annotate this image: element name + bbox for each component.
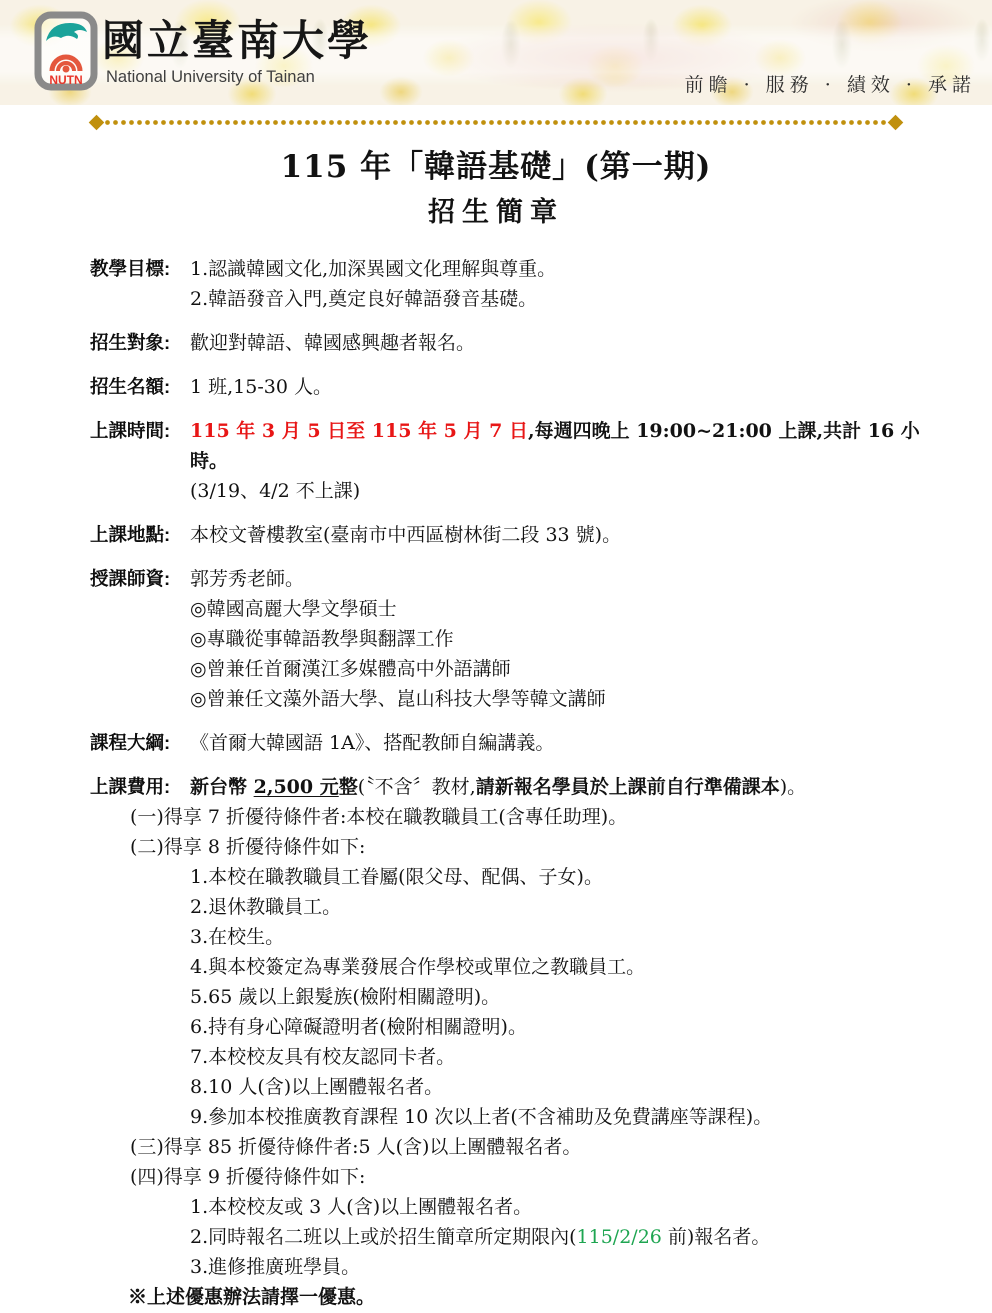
text-segment: 2,500 元 bbox=[254, 776, 339, 798]
doc-line-row: (四)得享 9 折優待條件如下: bbox=[90, 1162, 946, 1192]
section-label: 課程大綱: bbox=[90, 728, 190, 758]
section-label: 上課時間: bbox=[90, 416, 190, 446]
line-content: 新台幣 2,500 元整(〝不含〞教材,請新報名學員於上課前自行準備課本)。 bbox=[190, 772, 946, 802]
document-title: 115 年「韓語基礎」(第一期) bbox=[0, 142, 992, 192]
diamond-ornament-icon bbox=[888, 115, 904, 131]
text-segment: (3/19、4/2 不上課) bbox=[190, 480, 360, 502]
line-content: (二)得享 8 折優待條件如下: bbox=[130, 832, 946, 862]
line-content: (四)得享 9 折優待條件如下: bbox=[130, 1162, 946, 1192]
dotted-line bbox=[105, 120, 887, 125]
text-segment: 整 bbox=[339, 776, 358, 798]
line-content: 《首爾大韓國語 1A》、搭配教師自編講義。 bbox=[190, 728, 946, 758]
doc-line-row: (3/19、4/2 不上課) bbox=[90, 476, 946, 506]
text-segment: (四)得享 9 折優待條件如下: bbox=[130, 1166, 365, 1188]
text-segment: 7.本校校友具有校友認同卡者。 bbox=[190, 1046, 455, 1068]
line-content: ◎曾兼任首爾漢江多媒體高中外語講師 bbox=[190, 654, 946, 684]
text-segment: 1.認識韓國文化,加深異國文化理解與尊重。 bbox=[190, 258, 556, 280]
diamond-ornament-icon bbox=[89, 115, 105, 131]
line-content: 6.持有身心障礙證明者(檢附相關證明)。 bbox=[190, 1012, 946, 1042]
text-segment: 1.本校在職教職員工眷屬(限父母、配偶、子女)。 bbox=[190, 866, 603, 888]
line-content: 2.退休教職員工。 bbox=[190, 892, 946, 922]
university-name-en: National University of Tainan bbox=[106, 68, 315, 87]
section-label: 招生名額: bbox=[90, 372, 190, 402]
text-segment: ◎曾兼任文藻外語大學、崑山科技大學等韓文講師 bbox=[190, 688, 606, 710]
text-segment: 《首爾大韓國語 1A》、搭配教師自編講義。 bbox=[190, 732, 554, 754]
line-content: (一)得享 7 折優待條件者:本校在職教職員工(含專任助理)。 bbox=[130, 802, 946, 832]
text-segment: ◎曾兼任首爾漢江多媒體高中外語講師 bbox=[190, 658, 511, 680]
text-segment: ◎韓國高麗大學文學碩士 bbox=[190, 598, 397, 620]
section-label: 教學目標: bbox=[90, 254, 190, 284]
line-content: 8.10 人(含)以上團體報名者。 bbox=[190, 1072, 946, 1102]
text-segment: 2.同時報名二班以上或於招生簡章所定期限內( bbox=[190, 1226, 577, 1248]
header-banner: NUTN 國立臺南大學 National University of Taina… bbox=[0, 0, 992, 105]
doc-line-row: ◎專職從事韓語教學與翻譯工作 bbox=[90, 624, 946, 654]
doc-section-row: 課程大綱:《首爾大韓國語 1A》、搭配教師自編講義。 bbox=[90, 728, 946, 758]
text-segment: 4.與本校簽定為專業發展合作學校或單位之教職員工。 bbox=[190, 956, 645, 978]
text-segment: 9.參加本校推廣教育課程 10 次以上者(不含補助及免費講座等課程)。 bbox=[190, 1106, 772, 1128]
dotted-divider bbox=[95, 117, 897, 128]
text-segment: 1 班,15-30 人。 bbox=[190, 376, 332, 398]
doc-line-row: 3.在校生。 bbox=[90, 922, 946, 952]
text-segment: 2.韓語發音入門,奠定良好韓語發音基礎。 bbox=[190, 288, 537, 310]
section-label: 上課費用: bbox=[90, 772, 190, 802]
line-content: 1 班,15-30 人。 bbox=[190, 372, 946, 402]
line-content: 歡迎對韓語、韓國感興趣者報名。 bbox=[190, 328, 946, 358]
section-label: 招生對象: bbox=[90, 328, 190, 358]
line-content: 2.同時報名二班以上或於招生簡章所定期限內(115/2/26 前)報名者。 bbox=[190, 1222, 946, 1252]
line-content: ◎韓國高麗大學文學碩士 bbox=[190, 594, 946, 624]
doc-line-row: 8.10 人(含)以上團體報名者。 bbox=[90, 1072, 946, 1102]
doc-line-row: 1.本校在職教職員工眷屬(限父母、配偶、子女)。 bbox=[90, 862, 946, 892]
university-slogan: 前瞻 · 服務 · 績效 · 承諾 bbox=[685, 70, 976, 97]
line-content: 7.本校校友具有校友認同卡者。 bbox=[190, 1042, 946, 1072]
text-segment: 本校文薈樓教室(臺南市中西區樹林街二段 33 號)。 bbox=[190, 524, 621, 546]
doc-section-row: 上課費用:新台幣 2,500 元整(〝不含〞教材,請新報名學員於上課前自行準備課… bbox=[90, 772, 946, 802]
doc-line-row: 1.本校校友或 3 人(含)以上團體報名者。 bbox=[90, 1192, 946, 1222]
line-content: 本校文薈樓教室(臺南市中西區樹林街二段 33 號)。 bbox=[190, 520, 946, 550]
doc-line-row: 9.參加本校推廣教育課程 10 次以上者(不含補助及免費講座等課程)。 bbox=[90, 1102, 946, 1132]
text-segment: 6.持有身心障礙證明者(檢附相關證明)。 bbox=[190, 1016, 527, 1038]
text-segment: (一)得享 7 折優待條件者:本校在職教職員工(含專任助理)。 bbox=[130, 806, 627, 828]
line-content: (三)得享 85 折優待條件者:5 人(含)以上團體報名者。 bbox=[130, 1132, 946, 1162]
line-content: 115 年 3 月 5 日至 115 年 5 月 7 日,每週四晚上 19:00… bbox=[190, 416, 946, 476]
text-segment: 郭芳秀老師。 bbox=[190, 568, 304, 590]
doc-section-row: 上課時間:115 年 3 月 5 日至 115 年 5 月 7 日,每週四晚上 … bbox=[90, 416, 946, 476]
doc-line-row: 2.韓語發音入門,奠定良好韓語發音基礎。 bbox=[90, 284, 946, 314]
doc-section-row: 上課地點:本校文薈樓教室(臺南市中西區樹林街二段 33 號)。 bbox=[90, 520, 946, 550]
text-segment: 請新報名學員於上課前自行準備課本 bbox=[476, 776, 780, 798]
text-segment: ※上述優惠辦法請擇一優惠。 bbox=[128, 1286, 375, 1308]
text-segment: )。 bbox=[780, 776, 806, 798]
section-label: 上課地點: bbox=[90, 520, 190, 550]
line-content: ※上述優惠辦法請擇一優惠。 bbox=[128, 1282, 946, 1312]
text-segment: 2.退休教職員工。 bbox=[190, 896, 341, 918]
doc-line-row: 3.進修推廣班學員。 bbox=[90, 1252, 946, 1282]
logo-acronym: NUTN bbox=[49, 73, 82, 87]
university-logo: NUTN bbox=[34, 11, 98, 95]
doc-section-row: 教學目標:1.認識韓國文化,加深異國文化理解與尊重。 bbox=[90, 254, 946, 284]
doc-section-row: 招生名額:1 班,15-30 人。 bbox=[90, 372, 946, 402]
document-main: 115 年「韓語基礎」(第一期) 招生簡章 教學目標:1.認識韓國文化,加深異國… bbox=[0, 142, 992, 1312]
line-content: 3.在校生。 bbox=[190, 922, 946, 952]
text-segment: 1.本校校友或 3 人(含)以上團體報名者。 bbox=[190, 1196, 532, 1218]
line-content: 郭芳秀老師。 bbox=[190, 564, 946, 594]
text-segment: 115/2/26 bbox=[577, 1226, 662, 1248]
document-subtitle: 招生簡章 bbox=[0, 192, 992, 234]
line-content: ◎曾兼任文藻外語大學、崑山科技大學等韓文講師 bbox=[190, 684, 946, 714]
line-content: 4.與本校簽定為專業發展合作學校或單位之教職員工。 bbox=[190, 952, 946, 982]
text-segment: 3.在校生。 bbox=[190, 926, 284, 948]
line-content: 3.進修推廣班學員。 bbox=[190, 1252, 946, 1282]
doc-line-row: 7.本校校友具有校友認同卡者。 bbox=[90, 1042, 946, 1072]
line-content: (3/19、4/2 不上課) bbox=[190, 476, 946, 506]
doc-line-row: (二)得享 8 折優待條件如下: bbox=[90, 832, 946, 862]
university-name-zh: 國立臺南大學 bbox=[102, 16, 372, 66]
text-segment: 3.進修推廣班學員。 bbox=[190, 1256, 360, 1278]
section-label: 授課師資: bbox=[90, 564, 190, 594]
text-segment: (二)得享 8 折優待條件如下: bbox=[130, 836, 365, 858]
doc-line-row: ◎韓國高麗大學文學碩士 bbox=[90, 594, 946, 624]
text-segment: 8.10 人(含)以上團體報名者。 bbox=[190, 1076, 443, 1098]
text-segment: 新台幣 bbox=[190, 776, 254, 798]
line-content: 1.本校在職教職員工眷屬(限父母、配偶、子女)。 bbox=[190, 862, 946, 892]
doc-line-row: 2.同時報名二班以上或於招生簡章所定期限內(115/2/26 前)報名者。 bbox=[90, 1222, 946, 1252]
text-segment: 歡迎對韓語、韓國感興趣者報名。 bbox=[190, 332, 475, 354]
doc-line-row: (三)得享 85 折優待條件者:5 人(含)以上團體報名者。 bbox=[90, 1132, 946, 1162]
document-page: NUTN 國立臺南大學 National University of Taina… bbox=[0, 0, 992, 1313]
text-segment: 前)報名者。 bbox=[662, 1226, 770, 1248]
doc-line-row: ◎曾兼任文藻外語大學、崑山科技大學等韓文講師 bbox=[90, 684, 946, 714]
text-segment: 115 年 3 月 5 日至 115 年 5 月 7 日 bbox=[190, 420, 528, 442]
doc-line-row: 2.退休教職員工。 bbox=[90, 892, 946, 922]
line-content: 1.本校校友或 3 人(含)以上團體報名者。 bbox=[190, 1192, 946, 1222]
line-content: 1.認識韓國文化,加深異國文化理解與尊重。 bbox=[190, 254, 946, 284]
doc-line-row: 6.持有身心障礙證明者(檢附相關證明)。 bbox=[90, 1012, 946, 1042]
doc-line-row: 5.65 歲以上銀髮族(檢附相關證明)。 bbox=[90, 982, 946, 1012]
document-content: 教學目標:1.認識韓國文化,加深異國文化理解與尊重。2.韓語發音入門,奠定良好韓… bbox=[0, 234, 992, 1312]
line-content: 9.參加本校推廣教育課程 10 次以上者(不含補助及免費講座等課程)。 bbox=[190, 1102, 946, 1132]
text-segment: (三)得享 85 折優待條件者:5 人(含)以上團體報名者。 bbox=[130, 1136, 581, 1158]
text-segment: 5.65 歲以上銀髮族(檢附相關證明)。 bbox=[190, 986, 500, 1008]
doc-line-row: (一)得享 7 折優待條件者:本校在職教職員工(含專任助理)。 bbox=[90, 802, 946, 832]
doc-note-row: ※上述優惠辦法請擇一優惠。 bbox=[90, 1282, 946, 1312]
doc-line-row: ◎曾兼任首爾漢江多媒體高中外語講師 bbox=[90, 654, 946, 684]
doc-line-row: 4.與本校簽定為專業發展合作學校或單位之教職員工。 bbox=[90, 952, 946, 982]
line-content: ◎專職從事韓語教學與翻譯工作 bbox=[190, 624, 946, 654]
text-segment: ◎專職從事韓語教學與翻譯工作 bbox=[190, 628, 454, 650]
nutn-emblem-icon: NUTN bbox=[34, 11, 98, 91]
text-segment: (〝不含〞教材, bbox=[358, 776, 476, 798]
line-content: 2.韓語發音入門,奠定良好韓語發音基礎。 bbox=[190, 284, 946, 314]
doc-section-row: 招生對象:歡迎對韓語、韓國感興趣者報名。 bbox=[90, 328, 946, 358]
doc-section-row: 授課師資:郭芳秀老師。 bbox=[90, 564, 946, 594]
line-content: 5.65 歲以上銀髮族(檢附相關證明)。 bbox=[190, 982, 946, 1012]
